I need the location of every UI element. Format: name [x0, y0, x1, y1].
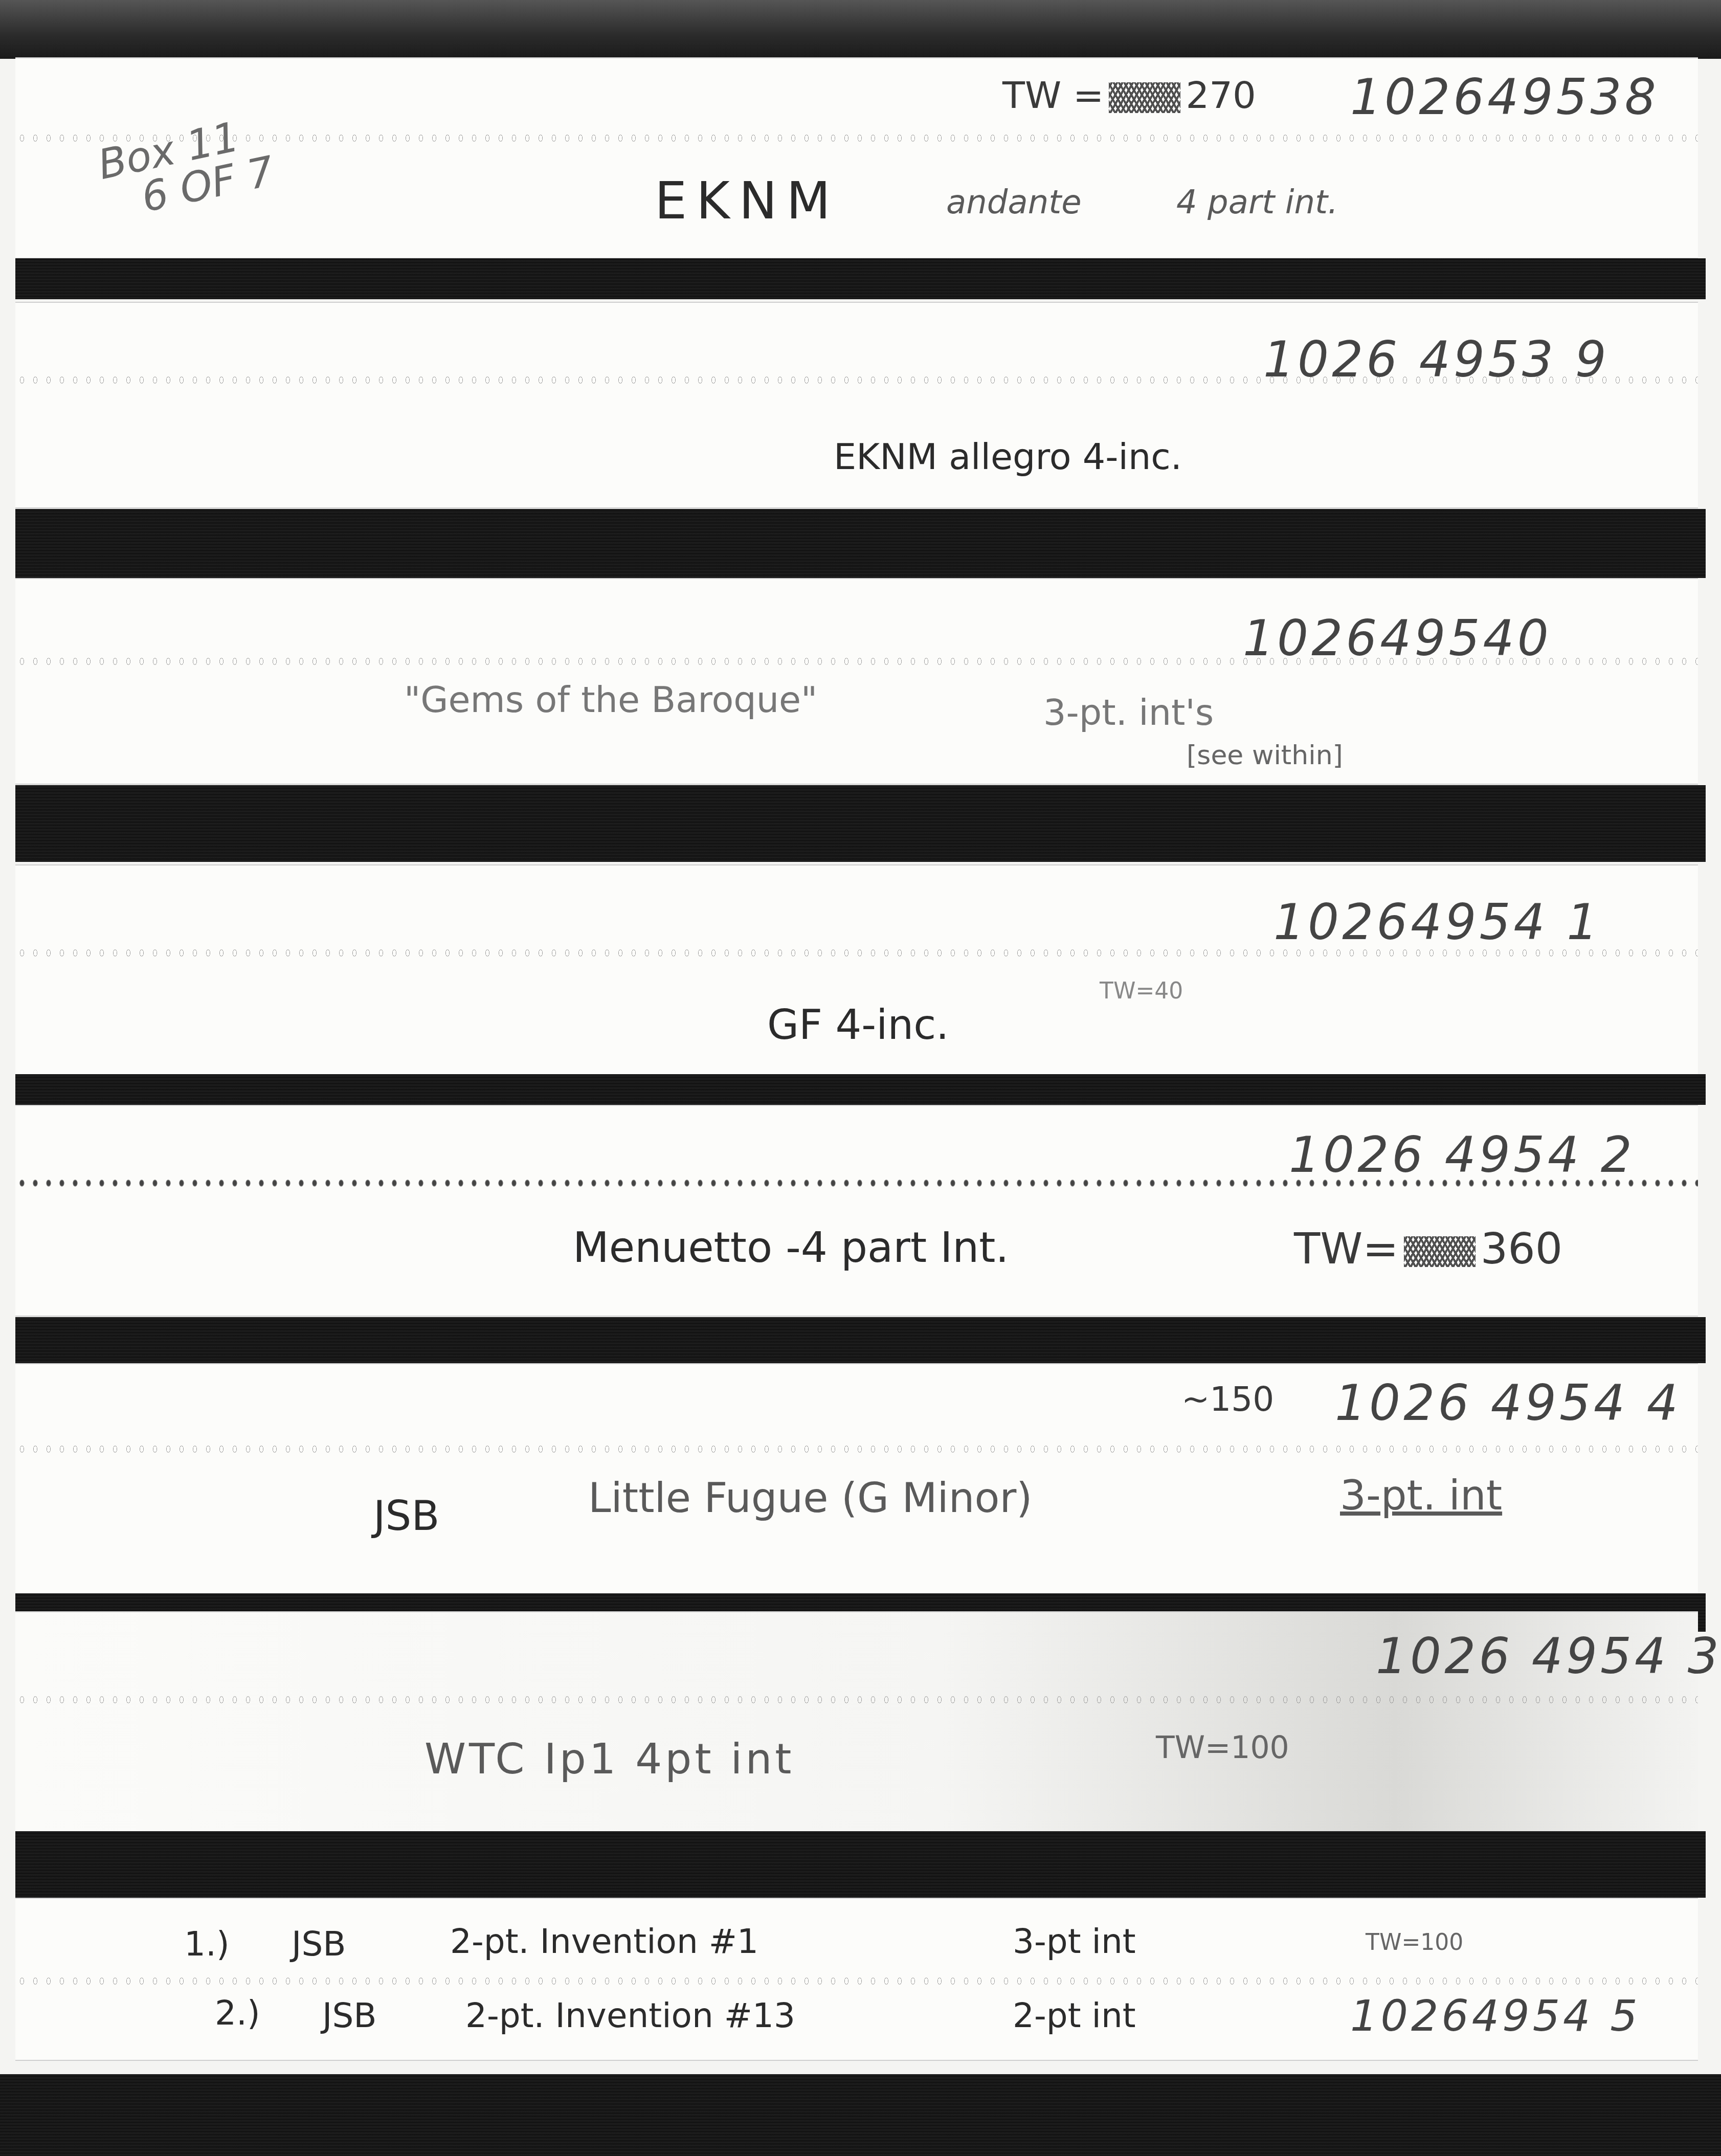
perforation-row [15, 132, 1698, 144]
roll-note: 3-pt. int's [1043, 692, 1214, 734]
roll-title: EKNM [655, 171, 840, 231]
roll-label-strip-6: ~150 1026 4954 4 JSB Little Fugue (G Min… [15, 1363, 1698, 1595]
line-note: 2-pt int [1013, 1996, 1136, 2035]
roll-id-number: 102649540 [1243, 610, 1552, 667]
tw-annotation: TW=100 [1156, 1730, 1289, 1766]
line-title: 2-pt. Invention #13 [465, 1996, 795, 2035]
tw-annotation: TW =270 [1002, 74, 1256, 117]
roll-id-number: 1026 4954 2 [1289, 1126, 1635, 1184]
roll-label-strip-8: 1.) JSB 2-pt. Invention #1 3-pt int TW=1… [15, 1898, 1698, 2061]
roll-id-number: 1026 4954 3 [1376, 1628, 1721, 1685]
perforation-row [15, 1694, 1698, 1705]
roll-title: WTC Ip1 4pt int [424, 1735, 795, 1784]
tw-annotation: TW=100 [1366, 1929, 1463, 1955]
roll-title: EKNM allegro 4-inc. [834, 436, 1182, 478]
tw-label: TW = [1002, 74, 1104, 117]
roll-note: 3-pt. int [1340, 1472, 1502, 1519]
roll-label-strip-2: 1026 4953 9 EKNM allegro 4-inc. [15, 302, 1698, 508]
roll-id-number: 1026 4954 4 [1335, 1374, 1681, 1432]
roll-id-number: 10264954 1 [1273, 894, 1601, 951]
roll-composer: JSB [373, 1492, 439, 1540]
separator-band [15, 1831, 1706, 1898]
roll-title: "Gems of the Baroque" [404, 679, 817, 721]
tw-annotation: TW=40 [1100, 978, 1183, 1004]
tw-annotation: TW=360 [1294, 1224, 1562, 1274]
roll-label-strip-5: 1026 4954 2 Menuetto -4 part Int. TW=360 [15, 1105, 1698, 1317]
roll-label-strip-3: 102649540 "Gems of the Baroque" 3-pt. in… [15, 578, 1698, 785]
tw-value: 270 [1186, 74, 1256, 117]
line-index: 2.) [215, 1993, 260, 2033]
roll-note: 4 part int. [1176, 184, 1338, 221]
line-composer: JSB [322, 1996, 377, 2035]
separator-band [15, 509, 1706, 578]
crossed-out-value [1404, 1236, 1476, 1267]
approx-tw: ~150 [1181, 1380, 1274, 1419]
line-composer: JSB [292, 1924, 346, 1964]
roll-title: Little Fugue (G Minor) [588, 1474, 1033, 1522]
roll-id-number: 10264954 5 [1350, 1991, 1641, 2041]
line-title: 2-pt. Invention #1 [450, 1922, 758, 1961]
roll-label-strip-7: 1026 4954 3 WTC Ip1 4pt int TW=100 [15, 1611, 1698, 1833]
tw-label: TW= [1294, 1224, 1399, 1274]
roll-id-number: 1026 4953 9 [1263, 331, 1610, 388]
perforation-row [15, 1443, 1698, 1455]
crossed-out-value [1109, 82, 1180, 113]
line-index: 1.) [184, 1924, 230, 1964]
separator-band [15, 1317, 1706, 1363]
roll-title: Menuetto -4 part Int. [573, 1224, 1009, 1272]
line-note: 3-pt int [1013, 1922, 1136, 1961]
roll-subnote: [see within] [1187, 740, 1343, 771]
scanner-bed-bottom [0, 2074, 1721, 2156]
separator-band [15, 1074, 1706, 1105]
roll-label-strip-4: 10264954 1 GF 4-inc. TW=40 [15, 864, 1698, 1076]
tw-value: 360 [1481, 1224, 1562, 1274]
separator-band [15, 258, 1706, 299]
roll-description: andante [946, 184, 1082, 221]
roll-id-number: 102649538 [1350, 69, 1659, 126]
scanner-bed-top [0, 0, 1721, 59]
perforation-row [15, 1975, 1698, 1987]
roll-title: GF 4-inc. [767, 1001, 949, 1049]
separator-band [15, 785, 1706, 862]
